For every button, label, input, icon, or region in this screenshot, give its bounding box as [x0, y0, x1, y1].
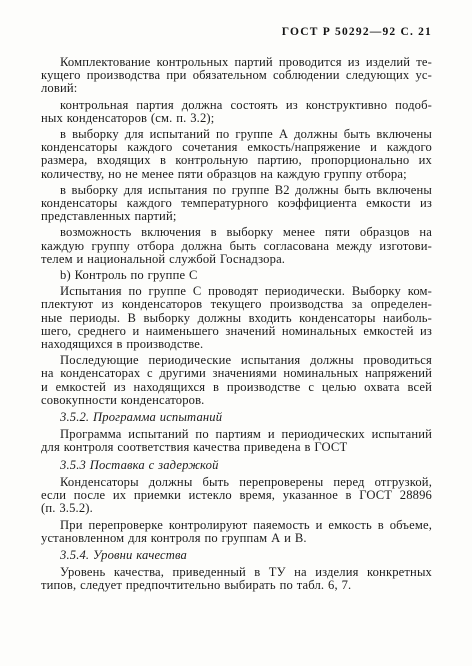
text-line: находящихся в производстве. [41, 338, 432, 351]
text-line: кущего производства при обязательном соб… [41, 69, 432, 82]
paragraph: контрольная партия должна состоять из ко… [41, 99, 432, 125]
text-line: если после их приемки истекло время, ука… [41, 489, 432, 502]
section-heading: 3.5.4. Уровни качества [41, 549, 432, 562]
paragraph: При перепроверке контролируют паяемость … [41, 519, 432, 545]
text-line: b) Контроль по группе С [41, 269, 432, 282]
text-line: количеству, но не менее пяти образцов на… [41, 168, 432, 181]
paragraph: в выборку для испытаний по группе А долж… [41, 128, 432, 181]
document-body: Комплектование контрольных партий провод… [41, 56, 432, 596]
text-line: (п. 3.5.2). [41, 502, 432, 515]
running-header: ГОСТ Р 50292—92 С. 21 [41, 26, 432, 38]
text-line: на конденсаторах с другими значениями но… [41, 367, 432, 380]
text-line: и емкостей из находящихся в производстве… [41, 381, 432, 394]
text-line: совокупности конденсаторов. [41, 394, 432, 407]
text-line: При перепроверке контролируют паяемость … [41, 519, 432, 532]
text-line: плектуют из конденсаторов текущего произ… [41, 298, 432, 311]
text-line: каждую группу отбора должна быть согласо… [41, 240, 432, 253]
text-line: ные периоды. В выборку должны входить ко… [41, 312, 432, 325]
paragraph: в выборку для испытания по группе В2 дол… [41, 184, 432, 224]
document-page: ГОСТ Р 50292—92 С. 21 Комплектование кон… [0, 0, 472, 666]
paragraph: Программа испытаний по партиям и периоди… [41, 428, 432, 454]
text-line: 3.5.3 Поставка с задержкой [41, 459, 432, 472]
paragraph: возможность включения в выборку менее пя… [41, 226, 432, 266]
paragraph: Испытания по группе С проводят периодиче… [41, 285, 432, 351]
text-line: 3.5.4. Уровни качества [41, 549, 432, 562]
text-line: представленных партий; [41, 210, 432, 223]
text-line: ловий: [41, 82, 432, 95]
text-line: размера, входящих в контрольную партию, … [41, 154, 432, 167]
text-line: телем и национальной службой Госнадзора. [41, 253, 432, 266]
paragraph: Последующие периодические испытания долж… [41, 354, 432, 407]
paragraph: b) Контроль по группе С [41, 269, 432, 282]
text-line: для контроля соответствия качества приве… [41, 441, 432, 454]
text-line: возможность включения в выборку менее пя… [41, 226, 432, 239]
text-line: ных конденсаторов (см. п. 3.2); [41, 112, 432, 125]
section-heading: 3.5.3 Поставка с задержкой [41, 459, 432, 472]
text-line: типов, следует предпочтительно выбирать … [41, 579, 432, 592]
section-heading: 3.5.2. Программа испытаний [41, 411, 432, 424]
paragraph: Комплектование контрольных партий провод… [41, 56, 432, 96]
text-line: установленном для контроля по группам А … [41, 532, 432, 545]
text-line: 3.5.2. Программа испытаний [41, 411, 432, 424]
paragraph: Уровень качества, приведенный в ТУ на из… [41, 566, 432, 592]
text-line: контрольная партия должна состоять из ко… [41, 99, 432, 112]
paragraph: Конденсаторы должны быть перепроверены п… [41, 476, 432, 516]
